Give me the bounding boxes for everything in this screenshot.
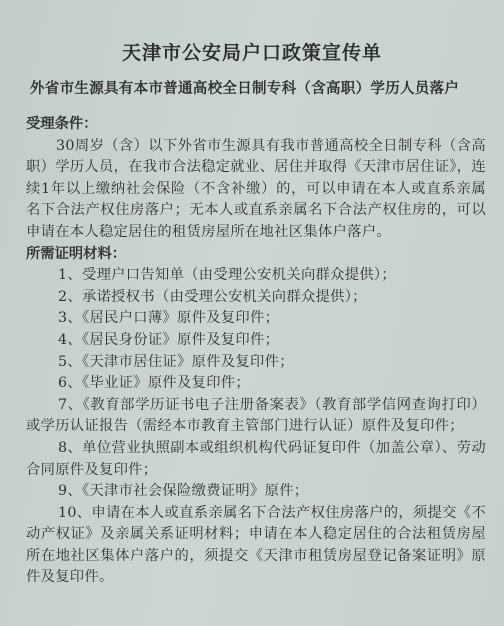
material-item-5: 5、《天津市居住证》原件及复印件；	[26, 352, 486, 374]
document-subtitle: 外省市生源具有本市普通高校全日制专科（含高职）学历人员落户	[30, 77, 490, 98]
material-item-1: 1、受理户口告知单（由受理公安机关向群众提供）；	[26, 265, 486, 287]
material-item-7: 7、《教育部学历证书电子注册备案表》（教育部学信网查询打印）或学历认证报告（需经…	[26, 395, 486, 438]
document-body: 受理条件： 30周岁（含）以下外省市生源具有我市普通高校全日制专科（含高职）学历…	[26, 114, 486, 589]
material-item-6: 6、《毕业证》原件及复印件；	[26, 373, 486, 395]
material-item-2: 2、承诺授权书（由受理公安机关向群众提供）；	[26, 287, 486, 309]
document-title: 天津市公安局户口政策宣传单	[0, 38, 504, 65]
material-item-3: 3、《居民户口薄》原件及复印件；	[26, 308, 486, 330]
material-item-10: 10、申请在本人或直系亲属名下合法产权住房落户的，须提交《不动产权证》及亲属关系…	[26, 503, 486, 589]
conditions-paragraph: 30周岁（含）以下外省市生源具有我市普通高校全日制专科（含高职）学历人员，在我市…	[26, 136, 486, 244]
conditions-heading: 受理条件：	[26, 114, 486, 136]
material-item-8: 8、单位营业执照副本或组织机构代码证复印件（加盖公章）、劳动合同原件及复印件；	[26, 438, 486, 481]
policy-flyer-page: 天津市公安局户口政策宣传单 外省市生源具有本市普通高校全日制专科（含高职）学历人…	[0, 0, 504, 626]
materials-heading: 所需证明材料：	[26, 244, 486, 266]
material-item-4: 4、《居民身份证》原件及复印件；	[26, 330, 486, 352]
material-item-9: 9、《天津市社会保险缴费证明》原件；	[26, 481, 486, 503]
